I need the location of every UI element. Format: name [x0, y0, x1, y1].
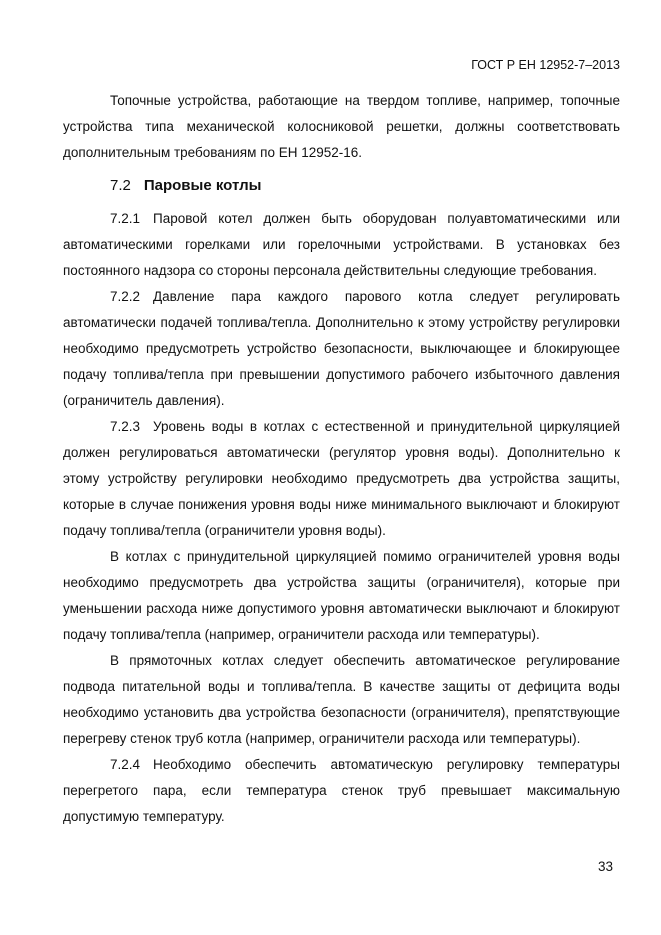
section-number: 7.2	[110, 177, 131, 194]
paragraph-721: 7.2.1Паровой котел должен быть оборудова…	[63, 206, 620, 284]
clause-number: 7.2.2	[110, 289, 140, 304]
paragraph-text: Необходимо обеспечить автоматическую рег…	[63, 757, 620, 824]
section-title: Паровые котлы	[144, 177, 262, 194]
paragraph-724: 7.2.4Необходимо обеспечить автоматическу…	[63, 752, 620, 830]
paragraph-text: Топочные устройства, работающие на тверд…	[63, 93, 620, 160]
paragraph-text: Уровень воды в котлах с естественной и п…	[63, 419, 620, 538]
paragraph-text: Паровой котел должен быть оборудован пол…	[63, 211, 620, 278]
paragraph-723-continued-2: В прямоточных котлах следует обеспечить …	[63, 648, 620, 752]
paragraph-intro: Топочные устройства, работающие на тверд…	[63, 88, 620, 166]
clause-number: 7.2.4	[110, 757, 140, 772]
document-code: ГОСТ Р ЕН 12952-7–2013	[471, 58, 620, 72]
document-body: Топочные устройства, работающие на тверд…	[63, 88, 620, 830]
paragraph-723-continued-1: В котлах с принудительной циркуляцией по…	[63, 544, 620, 648]
clause-number: 7.2.3	[110, 419, 140, 434]
paragraph-text: В прямоточных котлах следует обеспечить …	[63, 653, 620, 746]
paragraph-text: В котлах с принудительной циркуляцией по…	[63, 549, 620, 642]
running-header: ГОСТ Р ЕН 12952-7–2013	[63, 58, 620, 72]
clause-number: 7.2.1	[110, 211, 140, 226]
page-number: 33	[598, 859, 613, 874]
paragraph-723: 7.2.3Уровень воды в котлах с естественно…	[63, 414, 620, 544]
paragraph-text: Давление пара каждого парового котла сле…	[63, 289, 620, 408]
document-page: ГОСТ Р ЕН 12952-7–2013 Топочные устройст…	[0, 0, 661, 935]
paragraph-722: 7.2.2Давление пара каждого парового котл…	[63, 284, 620, 414]
section-heading: 7.2Паровые котлы	[63, 173, 620, 199]
